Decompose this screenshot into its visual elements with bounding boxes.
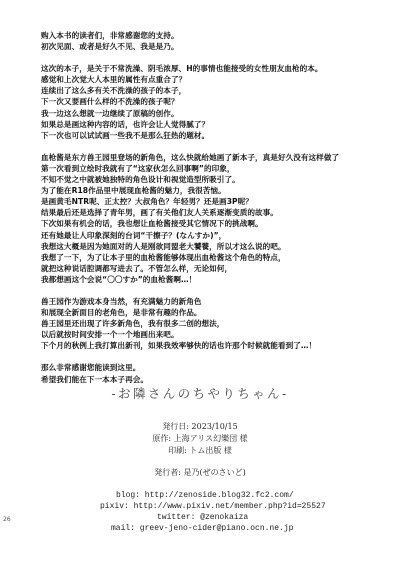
- paragraph-about-book: 这次的本子，是关于不常洗澡、阴毛浓厚、H的事情也能接受的女性朋友血枪的本。 感觉…: [41, 63, 391, 141]
- text-line: 连续出了这么多有关不洗澡的孩子的本子，: [41, 85, 391, 96]
- mail-link[interactable]: mail: greev-jeno-cider@piano.ocn.ne.jp: [111, 523, 293, 534]
- paragraph-closing: 那么非常感谢您能读到这里。 希望我们能在下一本本子再会。: [41, 362, 391, 384]
- blog-link[interactable]: blog: http://zenoside.blog32.fc2.com/: [116, 490, 294, 501]
- text-line: 还有她最让人印象深刻的台词“干擦子？(なんすか)”，: [41, 230, 391, 241]
- text-line: 下个月的秋例上我打算出新刊，如果我效率够快的话也许那个时候就能看到了…！: [41, 340, 391, 351]
- text-line: 我想了一下，为了让本子里的血枪酱能够体现出血枪酱这个角色的特点，: [41, 252, 391, 263]
- text-line: 是画黄毛NTR呢、正太控？大叔角色？年轻男？还是画3P呢？: [41, 196, 391, 207]
- text-line: 我都想画这个会说“〇〇すか”的血枪酱啊…！: [41, 274, 391, 285]
- text-line: 如果总是画这种内容的话，也许会让人觉得腻了？: [41, 119, 391, 130]
- text-line: 和展现全新面目的老角色，是非常有趣的作品。: [41, 307, 391, 318]
- text-line: 这次的本子，是关于不常洗澡、阴毛浓厚、H的事情也能接受的女性朋友血枪的本。: [41, 63, 391, 74]
- text-line: 为了能在R18作品里中展现血枪酱的魅力，我很苦恼。: [41, 185, 391, 196]
- text-line: 下一次又要画什么样的不洗澡的孩子呢？: [41, 96, 391, 107]
- paragraph-character: 血枪酱是东方兽王园里登场的新角色，这么快就给她画了新本子，真是好久没有这样做了 …: [41, 152, 391, 285]
- text-line: 结果最后还是选择了青年男，画了有关他们友人关系逐渐变质的故事。: [41, 207, 391, 218]
- text-line: 下次如果有机会的话，我也想让血枪酱接受其它情况下的挑战啊。: [41, 218, 391, 229]
- spacer: [0, 456, 400, 467]
- text-line: 就把这种说话腔调都写进去了。不管怎么样，无论如何，: [41, 263, 391, 274]
- text-line: 那么非常感谢您能读到这里。: [41, 362, 391, 373]
- paragraph-game: 兽王园作为游戏本身当然，有充满魅力的新角色 和展现全新面目的老角色，是非常有趣的…: [41, 296, 391, 351]
- text-line: 兽王园里还出现了许多新角色，我有很多二创的想法，: [41, 318, 391, 329]
- text-line: 感觉和上次觉大人本里的属性有点重合了？: [41, 74, 391, 85]
- page-number: 26: [3, 516, 11, 523]
- issue-date: 発行日: 2023/10/15: [0, 421, 400, 433]
- text-line: 兽王园作为游戏本身当然，有充满魅力的新角色: [41, 296, 391, 307]
- text-line: 初次见面、或者是好久不见、我是是乃。: [41, 41, 391, 52]
- book-title: -お隣さんのちやりちゃん-: [0, 384, 400, 402]
- paragraph-greeting: 购入本书的读者们，非常感谢您的支持。 初次见面、或者是好久不见、我是是乃。: [41, 30, 391, 52]
- text-line: 购入本书的读者们，非常感谢您的支持。: [41, 30, 391, 41]
- text-line: 血枪酱是东方兽王园里登场的新角色，这么快就给她画了新本子，真是好久没有这样做了: [41, 152, 391, 163]
- original-work: 原作: 上海アリス幻樂団 様: [0, 433, 400, 445]
- text-line: 以后就按时间安排一个一个地画出来吧。: [41, 329, 391, 340]
- text-line: 不知不觉之中就被她独特的角色设计和视觉造型所吸引了。: [41, 174, 391, 185]
- afterword-page: 购入本书的读者们，非常感谢您的支持。 初次见面、或者是好久不见、我是是乃。 这次…: [0, 0, 400, 565]
- printing-company: 印刷: トム出版 様: [0, 445, 400, 457]
- text-line: 第一次看到立绘时我就有了“这家伙怎么回事啊”的印象，: [41, 163, 391, 174]
- afterword-text: 购入本书的读者们，非常感谢您的支持。 初次见面、或者是好久不见、我是是乃。 这次…: [41, 30, 391, 396]
- text-line: 我一边这么想就一边继续了原稿的创作。: [41, 108, 391, 119]
- text-line: 下一次也可以试试画一些我不是那么狂热的题材。: [41, 130, 391, 141]
- text-line: 希望我们能在下一本本子再会。: [41, 374, 391, 385]
- colophon: 発行日: 2023/10/15 原作: 上海アリス幻樂団 様 印刷: トム出版 …: [0, 421, 400, 479]
- twitter-link[interactable]: twitter: @zenokaiza: [157, 512, 248, 523]
- text-line: 我想这大概是因为她面对的人是刚欲同盟老大饕餮，所以才这么说的吧。: [41, 241, 391, 252]
- pixiv-link[interactable]: pixiv: http://www.pixiv.net/member.php?i…: [100, 501, 326, 512]
- publisher: 発行者: 是乃(ぜのさいど): [0, 467, 400, 479]
